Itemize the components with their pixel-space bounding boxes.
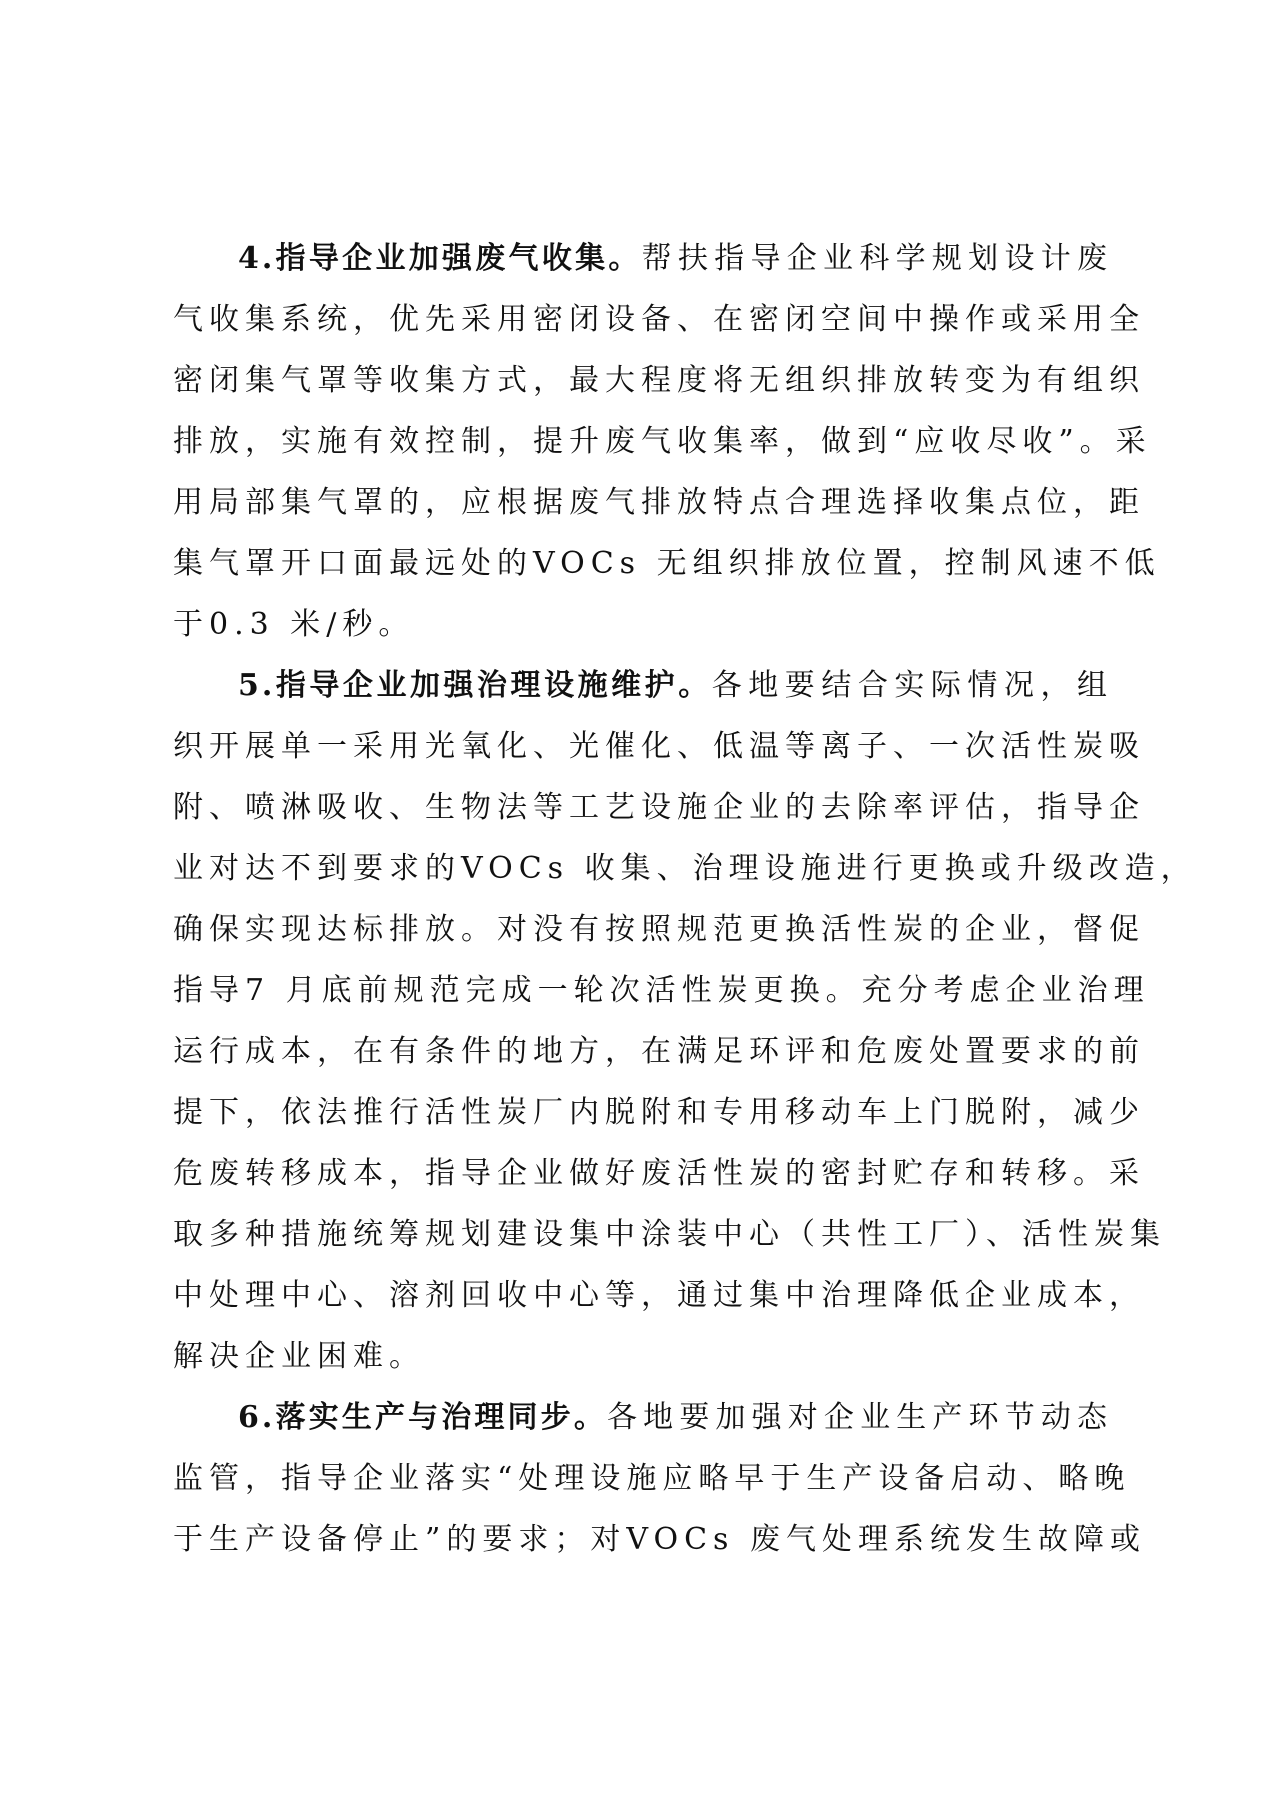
paragraph-line: 密闭集气罩等收集方式，最大程度将无组织排放转变为有组织 [173,350,1113,411]
paragraph-4: 4.指导企业加强废气收集。帮扶指导企业科学规划设计废 气收集系统，优先采用密闭设… [173,228,1113,655]
paragraph-line: 于0.3 米/秒。 [173,594,1113,655]
paragraph-line: 织开展单一采用光氧化、光催化、低温等离子、一次活性炭吸 [173,716,1113,777]
paragraph-line: 于生产设备停止”的要求；对VOCs 废气处理系统发生故障或 [173,1509,1113,1570]
paragraph-heading: 指导企业加强废气收集。 [275,241,641,276]
paragraph-first-line: 4.指导企业加强废气收集。帮扶指导企业科学规划设计废 [173,228,1113,289]
paragraph-6: 6.落实生产与治理同步。各地要加强对企业生产环节动态 监管，指导企业落实“处理设… [173,1387,1113,1570]
paragraph-line: 中处理中心、溶剂回收中心等，通过集中治理降低企业成本， [173,1265,1113,1326]
paragraph-line: 监管，指导企业落实“处理设施应略早于生产设备启动、略晚 [173,1448,1113,1509]
paragraph-text: 各地要加强对企业生产环节动态 [607,1400,1113,1435]
paragraph-heading: 落实生产与治理同步。 [275,1400,607,1435]
paragraph-line: 指导7 月底前规范完成一轮次活性炭更换。充分考虑企业治理 [173,960,1113,1021]
paragraph-line: 集气罩开口面最远处的VOCs 无组织排放位置，控制风速不低 [173,533,1113,594]
paragraph-line: 业对达不到要求的VOCs 收集、治理设施进行更换或升级改造， [173,838,1113,899]
paragraph-line: 危废转移成本，指导企业做好废活性炭的密封贮存和转移。采 [173,1143,1113,1204]
paragraph-first-line: 6.落实生产与治理同步。各地要加强对企业生产环节动态 [173,1387,1113,1448]
paragraph-first-line: 5.指导企业加强治理设施维护。各地要结合实际情况，组 [173,655,1113,716]
paragraph-number: 6. [238,1400,275,1435]
paragraph-text: 各地要结合实际情况，组 [712,668,1113,703]
paragraph-5: 5.指导企业加强治理设施维护。各地要结合实际情况，组 织开展单一采用光氧化、光催… [173,655,1113,1387]
paragraph-heading: 指导企业加强治理设施维护。 [275,668,711,703]
paragraph-text: 帮扶指导企业科学规划设计废 [642,241,1113,276]
paragraph-line: 附、喷淋吸收、生物法等工艺设施企业的去除率评估，指导企 [173,777,1113,838]
paragraph-number: 5. [238,668,275,703]
paragraph-line: 用局部集气罩的，应根据废气排放特点合理选择收集点位，距 [173,472,1113,533]
paragraph-line: 排放，实施有效控制，提升废气收集率，做到“应收尽收”。采 [173,411,1113,472]
paragraph-line: 解决企业困难。 [173,1326,1113,1387]
paragraph-line: 提下，依法推行活性炭厂内脱附和专用移动车上门脱附，减少 [173,1082,1113,1143]
document-page: 4.指导企业加强废气收集。帮扶指导企业科学规划设计废 气收集系统，优先采用密闭设… [0,0,1280,1810]
paragraph-line: 取多种措施统筹规划建设集中涂装中心（共性工厂）、活性炭集 [173,1204,1113,1265]
document-body: 4.指导企业加强废气收集。帮扶指导企业科学规划设计废 气收集系统，优先采用密闭设… [173,228,1113,1570]
paragraph-line: 气收集系统，优先采用密闭设备、在密闭空间中操作或采用全 [173,289,1113,350]
paragraph-number: 4. [238,241,275,276]
paragraph-line: 确保实现达标排放。对没有按照规范更换活性炭的企业，督促 [173,899,1113,960]
paragraph-line: 运行成本，在有条件的地方，在满足环评和危废处置要求的前 [173,1021,1113,1082]
